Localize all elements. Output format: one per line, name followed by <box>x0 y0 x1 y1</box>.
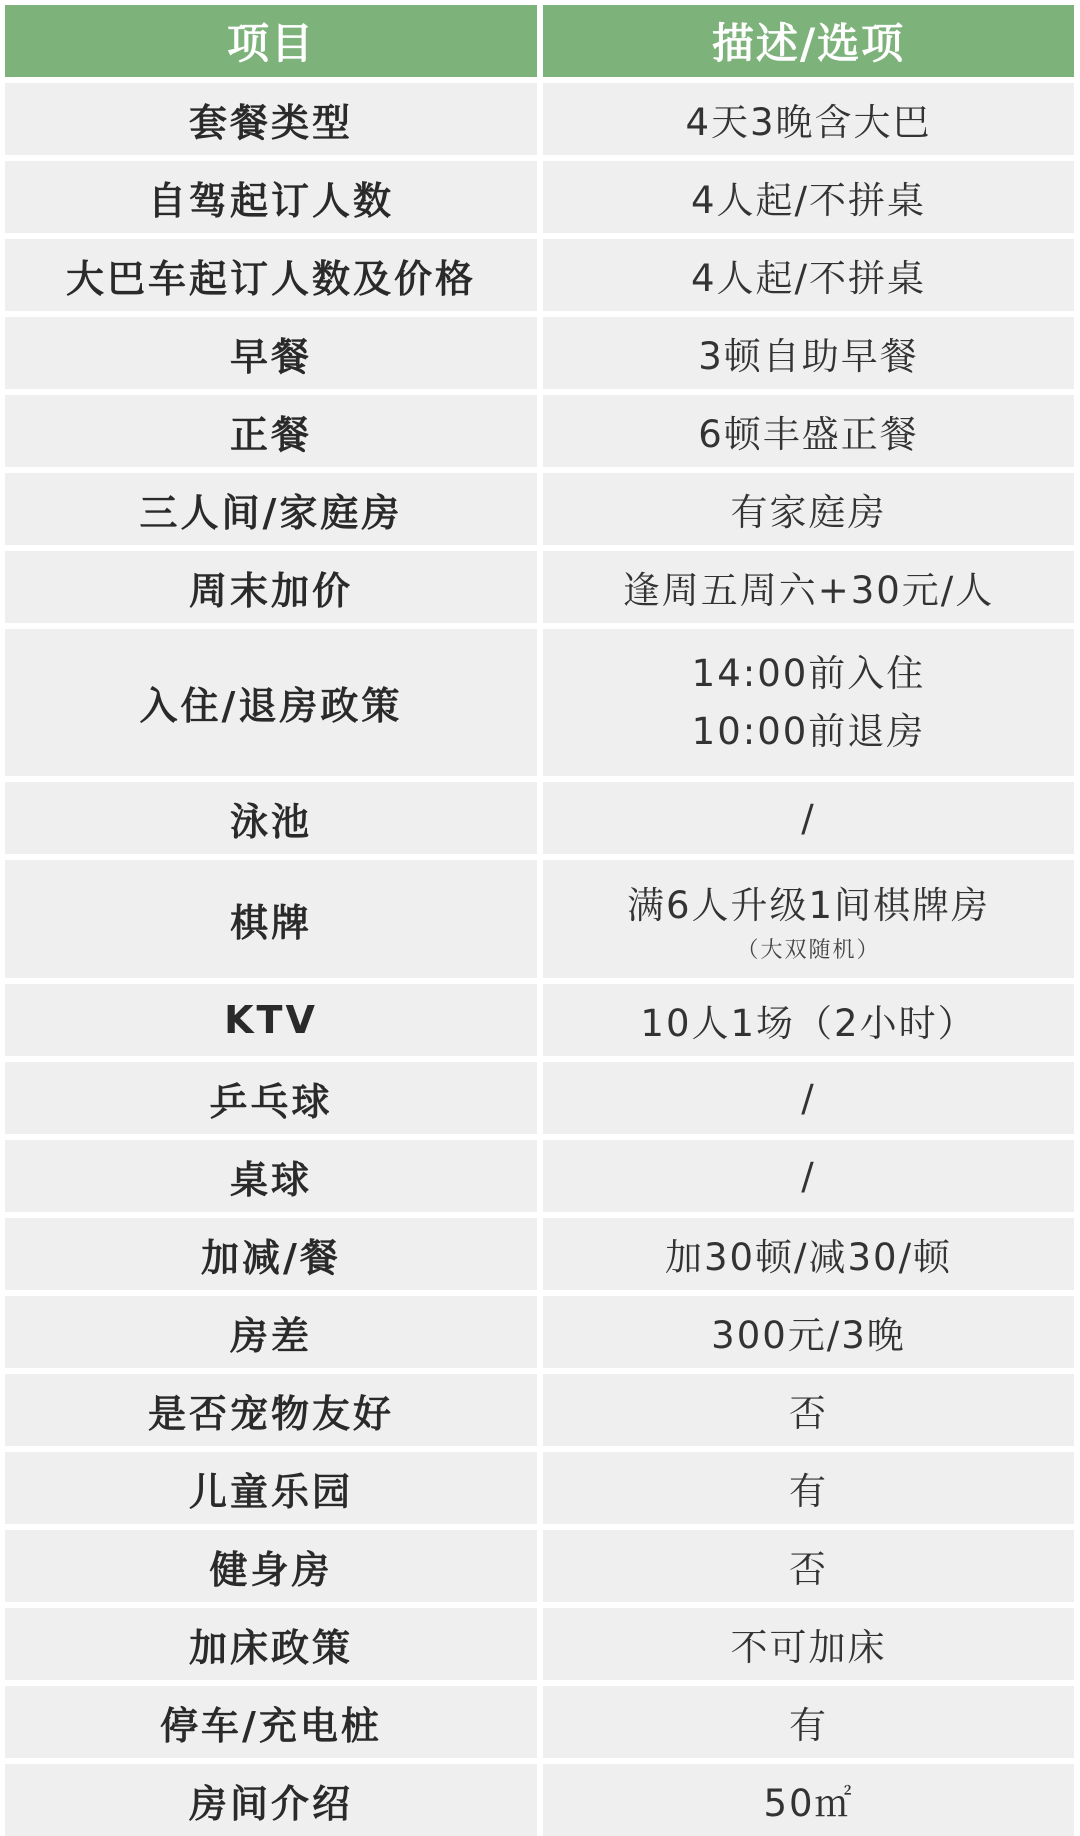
checkout-time-text: 10:00前退房 <box>692 703 926 761</box>
row-value-room-difference: 300元/3晚 <box>543 1296 1074 1368</box>
row-value-pet-friendly: 否 <box>543 1374 1074 1446</box>
row-value-text: 不可加床 <box>731 1617 887 1671</box>
row-value-chess-cards: 满6人升级1间棋牌房 （大双随机） <box>543 860 1074 978</box>
row-label-text: KTV <box>224 998 318 1042</box>
row-value-text: 有家庭房 <box>731 482 887 536</box>
row-label-meal-adjust: 加减/餐 <box>5 1218 537 1290</box>
row-value-text: 否 <box>789 1539 828 1593</box>
row-label-text: 泳池 <box>230 791 312 846</box>
row-value-text: 加30顿/减30/顿 <box>665 1227 952 1281</box>
row-label-bus-min-price: 大巴车起订人数及价格 <box>5 239 537 311</box>
row-label-table-tennis: 乒乓球 <box>5 1062 537 1134</box>
row-value-text: 有 <box>789 1695 828 1749</box>
row-label-family-room: 三人间/家庭房 <box>5 473 537 545</box>
row-value-package-type: 4天3晚含大巴 <box>543 83 1074 155</box>
row-label-meals: 正餐 <box>5 395 537 467</box>
row-label-self-drive-min: 自驾起订人数 <box>5 161 537 233</box>
row-label-text: 周末加价 <box>189 560 353 615</box>
row-label-room-intro: 房间介绍 <box>5 1764 537 1835</box>
row-value-billiards: / <box>543 1140 1074 1212</box>
row-value-table-tennis: / <box>543 1062 1074 1134</box>
row-label-text: 套餐类型 <box>189 92 353 147</box>
row-label-parking-charging: 停车/充电桩 <box>5 1686 537 1758</box>
row-value-text: 10人1场（2小时） <box>640 993 976 1047</box>
row-label-chess-cards: 棋牌 <box>5 860 537 978</box>
row-value-text: / <box>801 797 815 840</box>
row-value-meals: 6顿丰盛正餐 <box>543 395 1074 467</box>
row-value-text: 4人起/不拼桌 <box>691 248 926 302</box>
row-label-room-difference: 房差 <box>5 1296 537 1368</box>
row-label-extra-bed: 加床政策 <box>5 1608 537 1680</box>
row-value-text: 4天3晚含大巴 <box>685 92 931 146</box>
row-value-text: 否 <box>789 1383 828 1437</box>
row-label-text: 正餐 <box>230 404 312 459</box>
row-label-gym: 健身房 <box>5 1530 537 1602</box>
header-description-label: 描述/选项 <box>712 11 905 71</box>
row-value-text: 逢周五周六+30元/人 <box>623 560 995 614</box>
row-label-pet-friendly: 是否宠物友好 <box>5 1374 537 1446</box>
header-item: 项目 <box>5 5 537 77</box>
row-value-self-drive-min: 4人起/不拼桌 <box>543 161 1074 233</box>
row-value-parking-charging: 有 <box>543 1686 1074 1758</box>
header-item-label: 项目 <box>227 11 315 71</box>
row-label-text: 儿童乐园 <box>189 1461 353 1516</box>
row-label-text: 大巴车起订人数及价格 <box>66 248 476 303</box>
row-label-pool: 泳池 <box>5 782 537 854</box>
row-label-package-type: 套餐类型 <box>5 83 537 155</box>
row-value-gym: 否 <box>543 1530 1074 1602</box>
row-label-text: 桌球 <box>230 1149 312 1204</box>
row-label-text: 入住/退房政策 <box>140 675 403 730</box>
row-label-text: 早餐 <box>230 326 312 381</box>
row-value-family-room: 有家庭房 <box>543 473 1074 545</box>
row-value-text: / <box>801 1077 815 1120</box>
row-label-text: 乒乓球 <box>209 1071 332 1126</box>
row-value-weekend-surcharge: 逢周五周六+30元/人 <box>543 551 1074 623</box>
row-value-text: 6顿丰盛正餐 <box>698 404 919 458</box>
row-value-bus-min-price: 4人起/不拼桌 <box>543 239 1074 311</box>
row-value-checkin-checkout: 14:00前入住 10:00前退房 <box>543 629 1074 776</box>
row-label-ktv: KTV <box>5 984 537 1056</box>
row-label-text: 健身房 <box>209 1539 332 1594</box>
row-value-text: 4人起/不拼桌 <box>691 170 926 224</box>
row-label-text: 停车/充电桩 <box>160 1695 382 1750</box>
row-label-kids-playground: 儿童乐园 <box>5 1452 537 1524</box>
row-value-breakfast: 3顿自助早餐 <box>543 317 1074 389</box>
row-value-text: 3顿自助早餐 <box>698 326 919 380</box>
row-label-text: 自驾起订人数 <box>148 170 394 225</box>
row-value-room-intro: 50㎡ <box>543 1764 1074 1835</box>
row-value-kids-playground: 有 <box>543 1452 1074 1524</box>
row-value-ktv: 10人1场（2小时） <box>543 984 1074 1056</box>
row-label-checkin-checkout: 入住/退房政策 <box>5 629 537 776</box>
row-label-text: 加床政策 <box>189 1617 353 1672</box>
row-value-pool: / <box>543 782 1074 854</box>
row-label-text: 三人间/家庭房 <box>140 482 403 537</box>
row-note-text: （大双随机） <box>736 933 880 964</box>
row-value-meal-adjust: 加30顿/减30/顿 <box>543 1218 1074 1290</box>
row-label-billiards: 桌球 <box>5 1140 537 1212</box>
package-info-table: 项目 描述/选项 套餐类型 4天3晚含大巴 自驾起订人数 4人起/不拼桌 大巴车… <box>5 5 1074 1835</box>
row-value-text: 满6人升级1间棋牌房 <box>627 875 990 929</box>
header-description: 描述/选项 <box>543 5 1074 77</box>
row-label-breakfast: 早餐 <box>5 317 537 389</box>
row-label-text: 房差 <box>230 1305 312 1360</box>
row-value-text: 50㎡ <box>763 1773 853 1827</box>
row-value-text: / <box>801 1155 815 1198</box>
row-label-text: 棋牌 <box>230 892 312 947</box>
row-label-text: 房间介绍 <box>189 1773 353 1828</box>
row-label-weekend-surcharge: 周末加价 <box>5 551 537 623</box>
row-label-text: 加减/餐 <box>201 1227 341 1282</box>
row-label-text: 是否宠物友好 <box>148 1383 394 1438</box>
row-value-text: 300元/3晚 <box>711 1305 906 1359</box>
checkin-time-text: 14:00前入住 <box>692 645 926 703</box>
row-value-text: 有 <box>789 1461 828 1515</box>
row-value-extra-bed: 不可加床 <box>543 1608 1074 1680</box>
